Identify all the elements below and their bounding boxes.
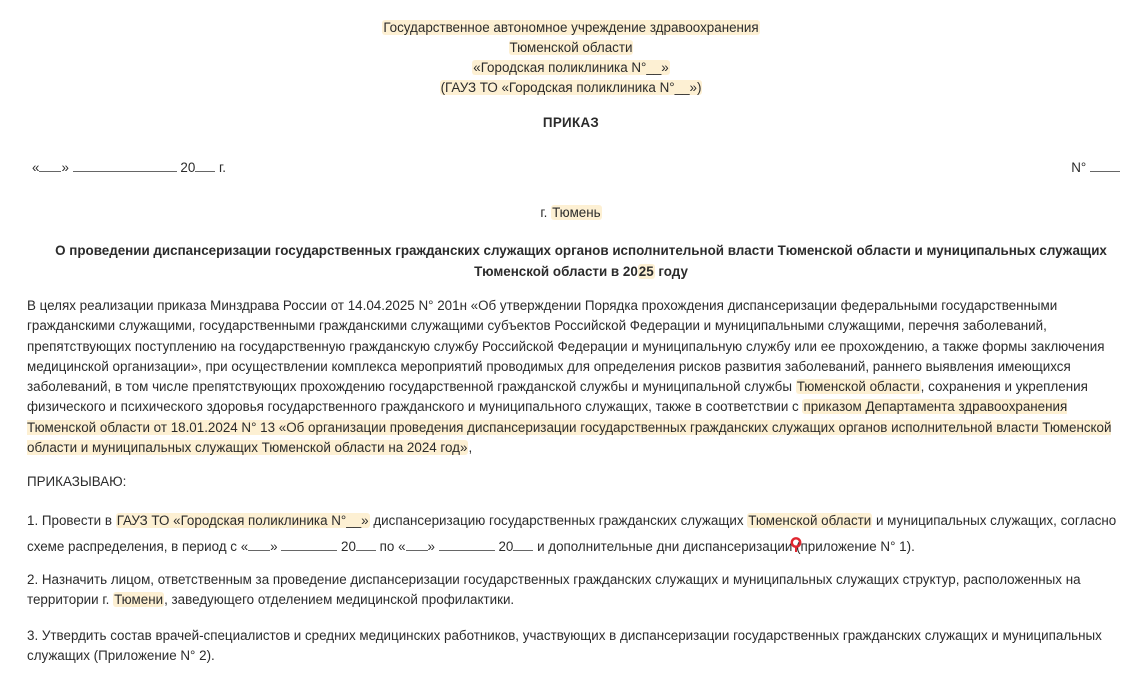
institution-header: Государственное автономное учреждение зд… bbox=[0, 18, 1142, 98]
region-highlight: Тюменской области bbox=[796, 379, 921, 394]
subject-text-end: году bbox=[655, 264, 688, 279]
item-1-text-b: диспансеризацию государственных гражданс… bbox=[370, 513, 748, 528]
header-line-3: «Городская поликлиника N°__» bbox=[472, 60, 670, 75]
start-day-blank[interactable] bbox=[248, 540, 270, 551]
header-line-4: (ГАУЗ ТО «Городская поликлиника N°__») bbox=[440, 80, 703, 95]
item-1-text-i: и дополнительные дни диспансеризации bbox=[533, 539, 796, 554]
item-1-text-a: 1. Провести в bbox=[27, 513, 116, 528]
end-day-blank[interactable] bbox=[406, 540, 428, 551]
date-line: «» 20 г. bbox=[32, 160, 226, 175]
number-label: N° bbox=[1071, 160, 1086, 175]
year-prefix: 20 bbox=[180, 160, 195, 175]
start-month-blank[interactable] bbox=[281, 540, 337, 551]
header-line-2: Тюменской области bbox=[509, 40, 634, 55]
clinic-highlight: ГАУЗ ТО «Городская поликлиника N°__» bbox=[116, 513, 370, 528]
city-name: Тюмень bbox=[551, 205, 602, 220]
order-number: N° bbox=[1071, 160, 1120, 175]
order-word: ПРИКАЗЫВАЮ: bbox=[27, 472, 1127, 492]
order-item-1: 1. Провести в ГАУЗ ТО «Городская поликли… bbox=[27, 508, 1127, 560]
city-prefix: г. bbox=[540, 205, 547, 220]
header-line-1: Государственное автономное учреждение зд… bbox=[382, 20, 759, 35]
order-subject: О проведении диспансеризации государстве… bbox=[40, 240, 1122, 282]
item-1-text-j: (приложение N° 1). bbox=[796, 539, 915, 554]
day-blank[interactable] bbox=[39, 161, 61, 172]
close-quote: » bbox=[61, 160, 68, 175]
item-1-text-g: » bbox=[428, 539, 439, 554]
item-1-text-h: 20 bbox=[495, 539, 514, 554]
open-quote: « bbox=[32, 160, 39, 175]
document-title: ПРИКАЗ bbox=[0, 115, 1142, 130]
region-highlight-2: Тюменской области bbox=[747, 513, 872, 528]
city-line: г. Тюмень bbox=[0, 205, 1142, 220]
year-blank[interactable] bbox=[195, 161, 215, 172]
end-year-blank[interactable] bbox=[513, 540, 533, 551]
item-3-text: 3. Утвердить состав врачей-специалистов … bbox=[27, 628, 1102, 663]
start-year-blank[interactable] bbox=[356, 540, 376, 551]
preamble-text-3: , bbox=[468, 440, 472, 455]
year-suffix: г. bbox=[219, 160, 226, 175]
number-blank[interactable] bbox=[1090, 161, 1120, 172]
order-item-2: 2. Назначить лицом, ответственным за про… bbox=[27, 570, 1127, 611]
subject-year-highlight: 25 bbox=[638, 264, 655, 279]
end-month-blank[interactable] bbox=[439, 540, 495, 551]
item-1-text-d: » bbox=[270, 539, 281, 554]
month-blank[interactable] bbox=[73, 161, 177, 172]
city-highlight: Тюмени bbox=[113, 592, 164, 607]
preamble-paragraph: В целях реализации приказа Минздрава Рос… bbox=[27, 296, 1127, 458]
item-1-text-e: 20 bbox=[337, 539, 356, 554]
subject-text: О проведении диспансеризации государстве… bbox=[55, 243, 1107, 279]
item-1-text-f: по « bbox=[376, 539, 406, 554]
item-2-text-b: , заведующего отделением медицинской про… bbox=[164, 592, 514, 607]
order-item-3: 3. Утвердить состав врачей-специалистов … bbox=[27, 626, 1127, 667]
